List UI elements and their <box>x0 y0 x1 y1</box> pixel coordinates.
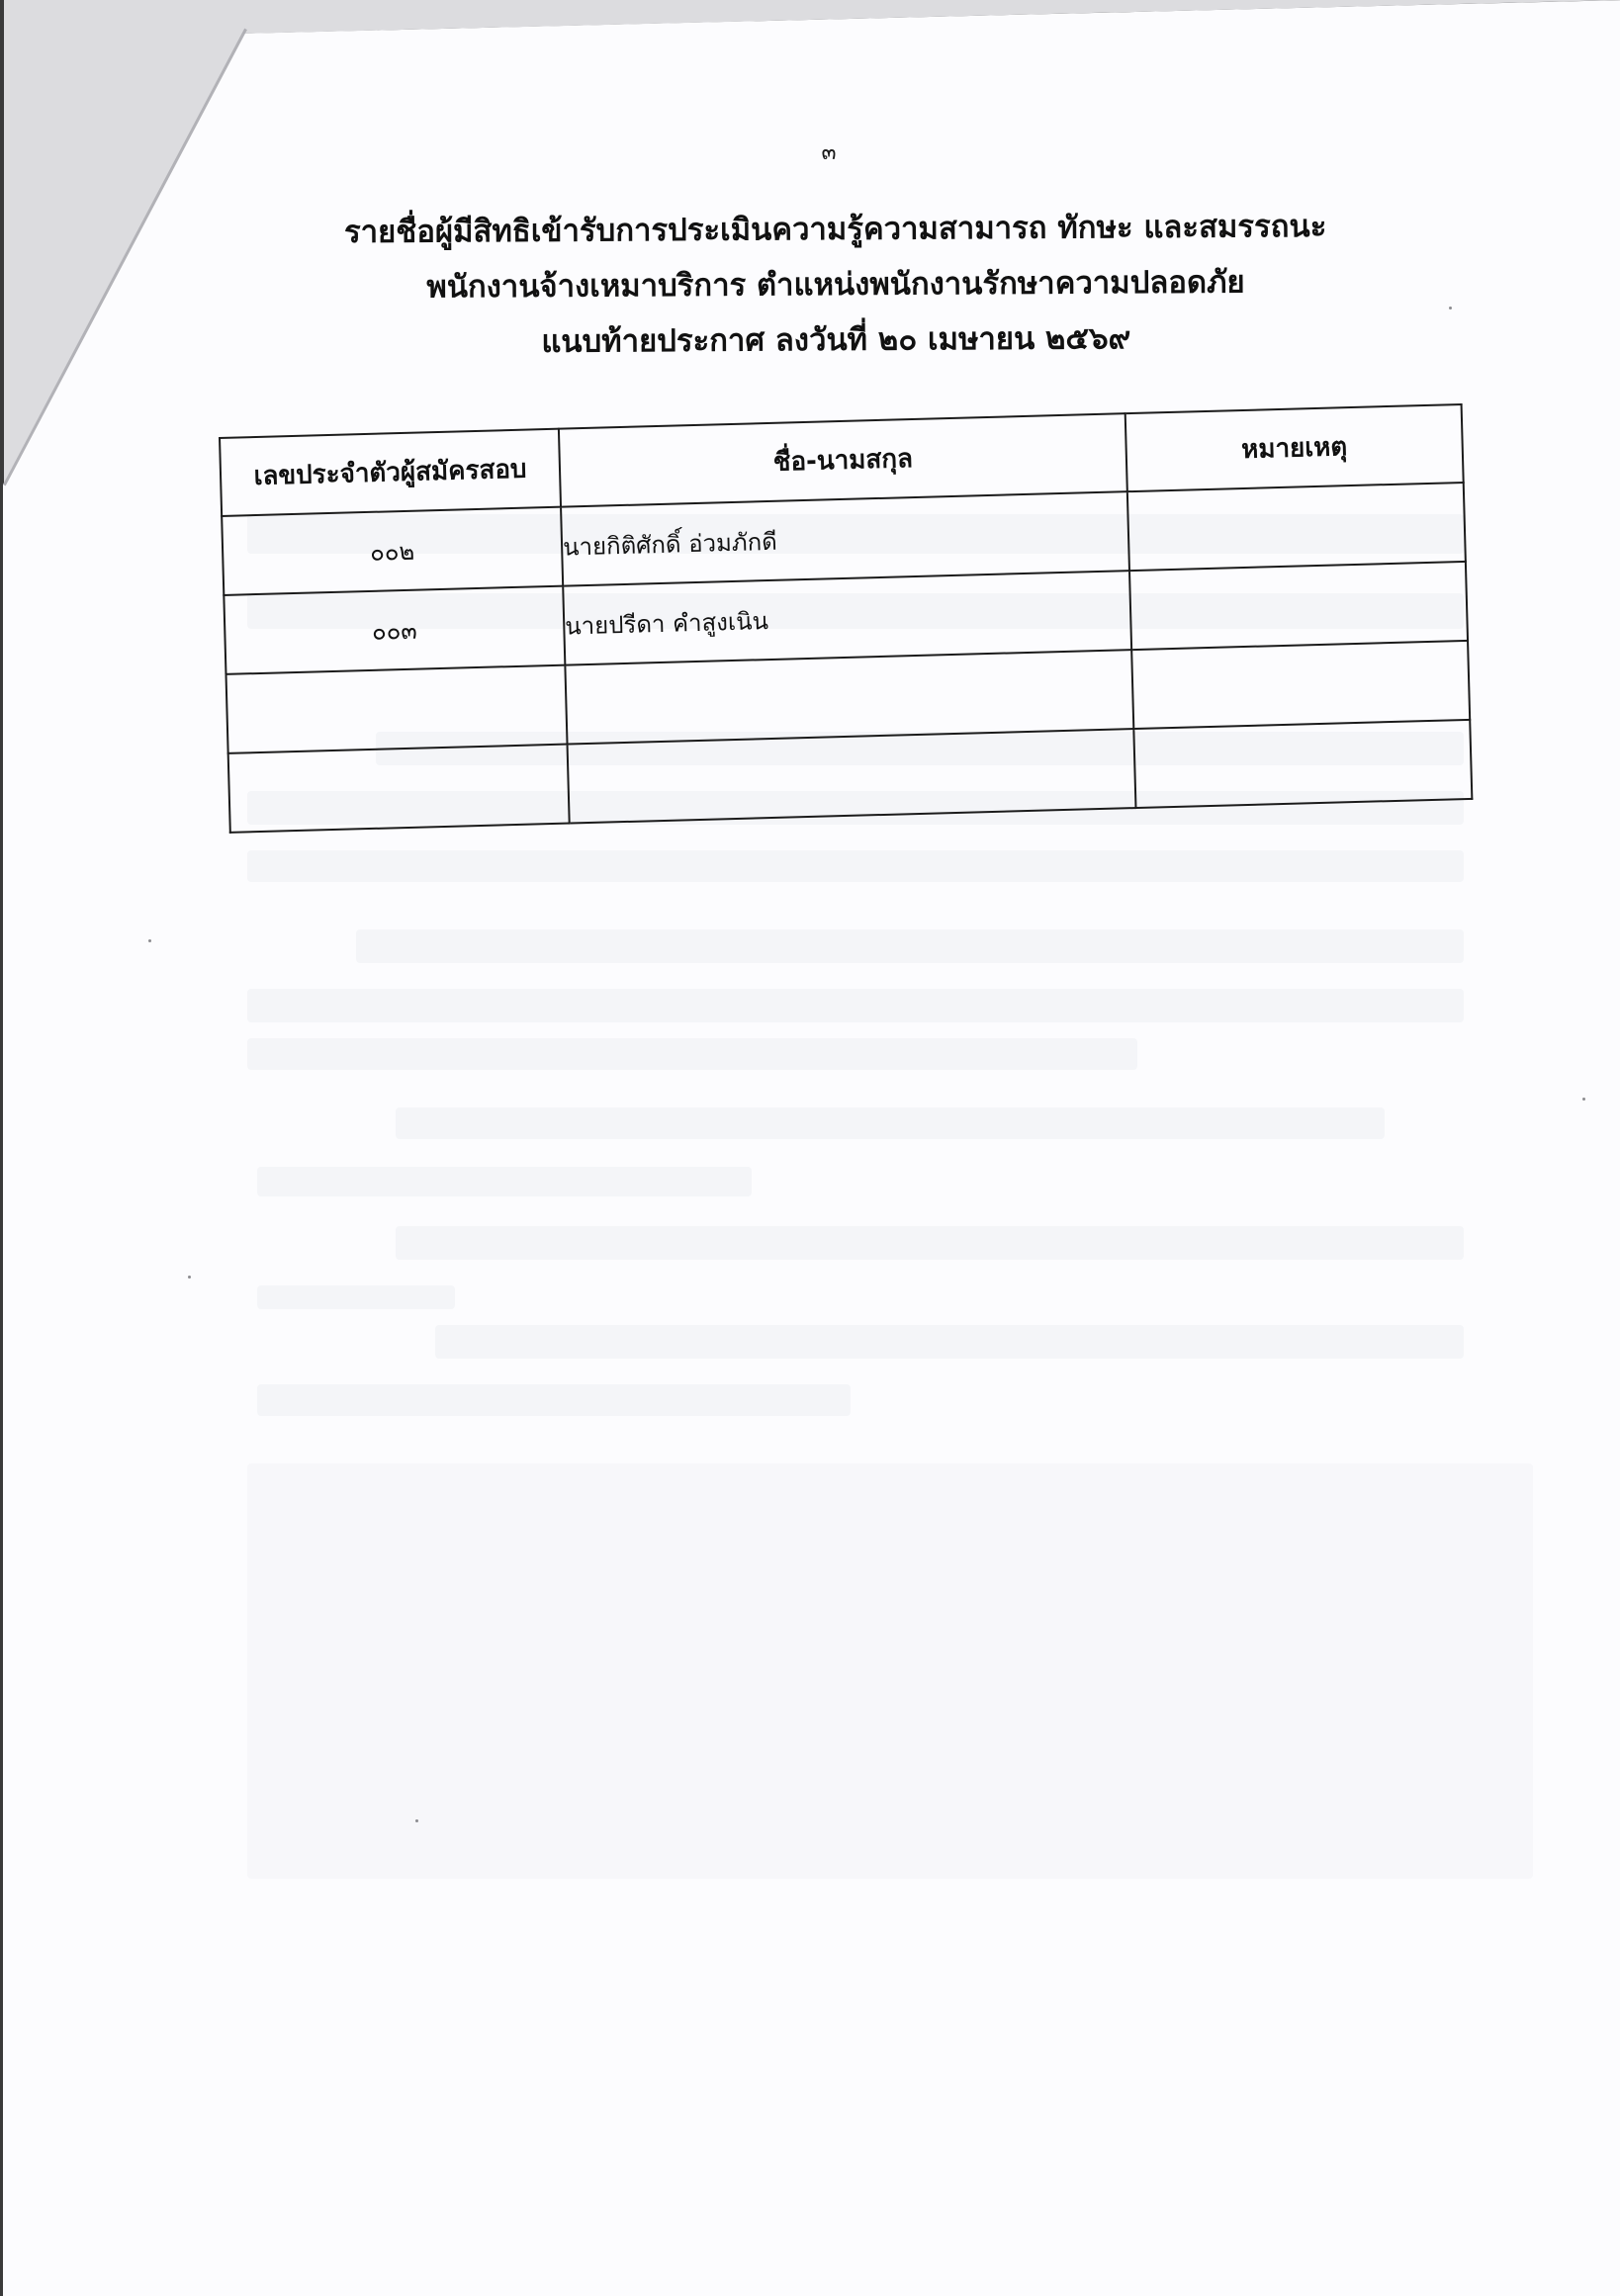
cell-full-name <box>568 729 1136 823</box>
scanned-page: ๓ รายชื่อผู้มีสิทธิเข้ารับการประเมินความ… <box>0 0 1620 2296</box>
bleed-through <box>257 1285 455 1309</box>
title-line-3: แนบท้ายประกาศ ลงวันที่ ๒๐ เมษายน ๒๕๖๙ <box>0 308 1620 373</box>
paper-top-edge <box>237 0 1620 34</box>
scan-speck <box>148 939 151 942</box>
bleed-through <box>396 1226 1464 1260</box>
cell-candidate-id <box>228 745 570 833</box>
bleed-through <box>435 1325 1464 1359</box>
cell-full-name <box>565 650 1133 744</box>
title-line-2: พนักงานจ้างเหมาบริการ ตำแหน่งพนักงานรักษ… <box>0 252 1620 317</box>
bleed-through <box>257 1167 752 1196</box>
candidates-table: เลขประจำตัวผู้สมัครสอบ ชื่อ-นามสกุล หมาย… <box>219 403 1473 834</box>
cell-full-name: นายปรีดา คำสูงเนิน <box>563 571 1131 664</box>
candidates-table-wrapper: เลขประจำตัวผู้สมัครสอบ ชื่อ-นามสกุล หมาย… <box>219 403 1473 834</box>
bleed-through <box>247 1038 1137 1070</box>
bleed-through <box>257 1384 851 1416</box>
page-number: ๓ <box>0 134 1620 169</box>
cell-candidate-id: ๐๐๒ <box>222 507 563 595</box>
cell-remark <box>1127 483 1466 571</box>
bleed-through-table <box>247 1463 1533 1879</box>
cell-remark <box>1133 720 1472 808</box>
cell-candidate-id <box>225 665 567 753</box>
cell-remark <box>1129 562 1468 650</box>
cell-full-name: นายกิติศักดิ์ อ่วมภักดี <box>561 491 1129 585</box>
bleed-through <box>396 1107 1385 1139</box>
cell-candidate-id: ๐๐๓ <box>224 586 565 674</box>
bleed-through <box>247 850 1464 882</box>
bleed-through <box>247 989 1464 1022</box>
scan-speck <box>1582 1098 1585 1101</box>
bleed-through <box>356 929 1464 963</box>
cell-remark <box>1131 641 1470 729</box>
scan-speck <box>1449 307 1452 309</box>
scan-speck <box>188 1276 191 1279</box>
paper-sheet: ๓ รายชื่อผู้มีสิทธิเข้ารับการประเมินความ… <box>0 0 1620 2296</box>
header-remark: หมายเหตุ <box>1125 404 1464 491</box>
scan-speck <box>415 1819 418 1822</box>
document-title: รายชื่อผู้มีสิทธิเข้ารับการประเมินความรู… <box>0 197 1620 373</box>
title-line-1: รายชื่อผู้มีสิทธิเข้ารับการประเมินความรู… <box>0 197 1620 262</box>
header-candidate-id: เลขประจำตัวผู้สมัครสอบ <box>220 429 561 516</box>
